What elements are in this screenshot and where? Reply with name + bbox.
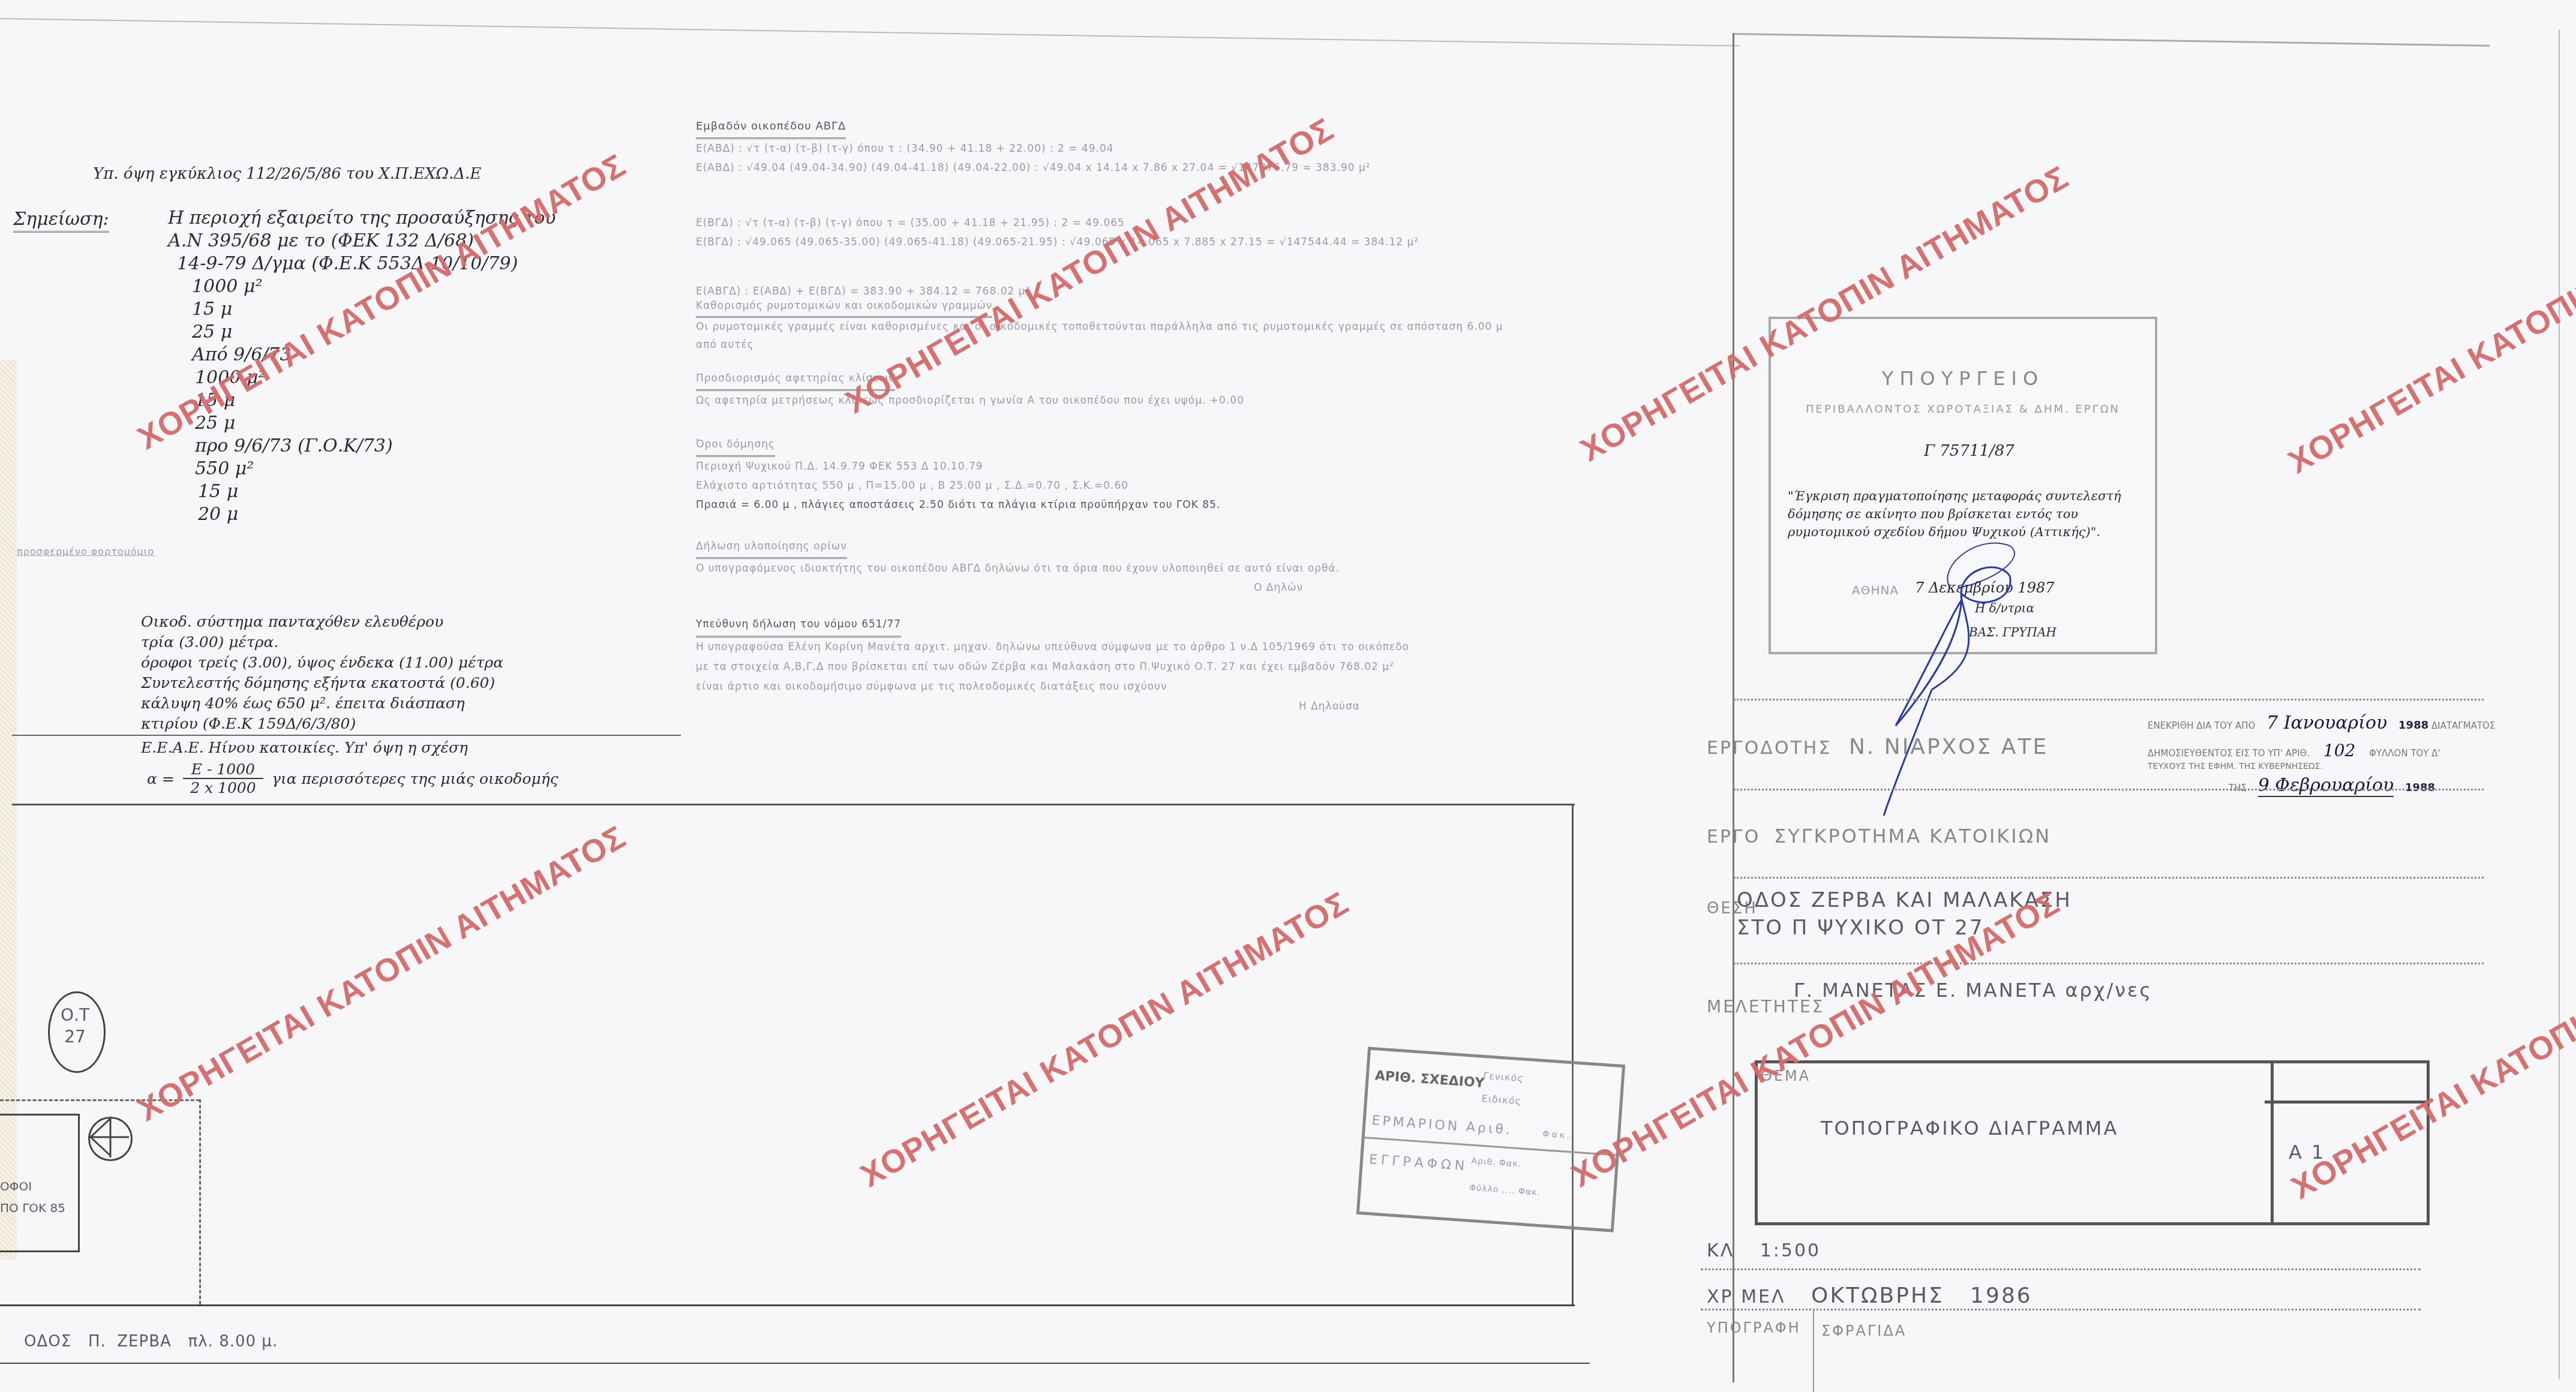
approval-line-4: ΤΗΣ 9 Φεβρουαρίου 1988 <box>2229 775 2435 796</box>
title-block-top-line <box>1734 33 2490 47</box>
subject-box <box>1755 1060 2274 1225</box>
drawing-number-stamp: ΑΡΙΘ. ΣΧΕΔΙΟΥ Γενικός Ειδικός ΕΡΜΑΡΙΟΝ Α… <box>1356 1047 1625 1232</box>
approval-gazette-year: 1988 <box>2405 781 2435 794</box>
approval-year: 1988 <box>2398 719 2428 732</box>
section-body: Ως αφετηρία μετρήσεως κλίσεως προσδιορίζ… <box>696 391 1244 410</box>
seal-label: ΣΦΡΑΓΙΔΑ <box>1821 1322 1907 1339</box>
eeae-line: Ε.Ε.Α.Ε. Ηίνου κατοικίες. Υπ' όψη η σχέσ… <box>141 739 468 756</box>
date-row: ΧΡ ΜΕΛ ΟΚΤΩΒΡΗΣ 1986 <box>1707 1283 2032 1308</box>
stamp-drawing-number: ΑΡΙΘ. ΣΧΕΔΙΟΥ <box>1374 1068 1485 1091</box>
note-line: 25 μ <box>195 412 556 435</box>
date-value: ΟΚΤΩΒΡΗΣ 1986 <box>1811 1283 2032 1308</box>
stamp-documents: ΕΓΓΡΑΦΩΝ <box>1368 1152 1469 1174</box>
section-signer: Η Δηλούσα <box>1299 697 1409 717</box>
title-separator <box>1701 1268 2421 1270</box>
note-line: 550 μ² <box>195 458 556 480</box>
existing-label-2: ΠΟ ΓΟΚ 85 <box>0 1197 65 1219</box>
project-value: ΣΥΓΚΡΟΤΗΜΑ ΚΑΤΟΙΚΙΩΝ <box>1774 825 2051 847</box>
block-label-1: Ο.Τ <box>48 1005 102 1026</box>
terms-line: Οικοδ. σύστημα πανταχόθεν ελευθέρου <box>141 612 503 632</box>
scale-label: ΚΛ <box>1707 1240 1734 1261</box>
formula-rest: για περισσότερες της μιάς οικοδομής <box>272 770 559 787</box>
top-border-line <box>0 18 1740 47</box>
approval-of: ΤΗΣ <box>2229 783 2247 793</box>
area-line: Ε(ΒΓΔ) : √τ (τ-α) (τ-β) (τ-γ) όπου τ = (… <box>696 214 1419 233</box>
area-line: Ε(ΒΓΔ) : √49.065 (49.065-35.00) (49.065-… <box>696 233 1419 252</box>
subject-value: ΤΟΠΟΓΡΑΦΙΚΟ ΔΙΑΓΡΑΜΜΑ <box>1821 1117 2118 1140</box>
approval-line-3: ΤΕΥΧΟΥΣ ΤΗΣ ΕΦΗΜ. ΤΗΣ ΚΥΒΕΡΝΗΣΕΩΣ. <box>2148 762 2323 771</box>
section-body: Οι ρυμοτομικές γραμμές είναι καθορισμένε… <box>696 318 1524 354</box>
watermark: ΧΟΡΗΓΕΙΤΑΙ ΚΑΤΟΠΙΝ ΑΙΤΗΜΑΤΟΣ <box>2282 170 2576 481</box>
notes-label-text: Σημείωση: <box>13 209 109 233</box>
scale-value: 1:500 <box>1760 1240 1821 1261</box>
section-body: με τα στοιχεία Α,Β,Γ,Δ που βρίσκεται επί… <box>696 657 1409 677</box>
approval-date: 7 Ιανουαρίου <box>2266 712 2387 733</box>
approval-post: ΔΙΑΤΑΓΜΑΤΟΣ <box>2431 720 2495 731</box>
block-number: Ο.Τ 27 <box>48 1005 102 1048</box>
approval-line-2: ΔΗΜΟΣΙΕΥΘΕΝΤΟΣ ΕΙΣ ΤΟ ΥΠ' ΑΡΙΘ. 102 ΦΥΛΛ… <box>2148 741 2440 760</box>
block-label-2: 27 <box>48 1026 102 1048</box>
stamp-cabinet-text: ΕΡΜΑΡΙΟΝ Αριθ. <box>1371 1113 1513 1138</box>
title-separator <box>1734 699 2484 700</box>
terms-line: Συντελεστής δόμησης εξήντα εκατοστά (0.6… <box>141 673 503 693</box>
section-title: Όροι δόμησης <box>696 435 775 457</box>
subject-line: δόμησης σε ακίνητο που βρίσκεται εντός τ… <box>1788 505 2121 523</box>
project-label: ΕΡΓΟ <box>1707 826 1760 847</box>
ministry-title: ΥΠΟΥΡΓΕΙΟ <box>1771 367 2155 390</box>
notes-header: Υπ. όψη εγκύκλιος 112/26/5/86 του Χ.Π.ΕΧ… <box>93 165 481 183</box>
approval-issue-number: 102 <box>2323 741 2355 760</box>
section-body: είναι άρτιο και οικοδομήσιμο σύμφωνα με … <box>696 677 1409 697</box>
stamp-specific: Ειδικός <box>1481 1093 1522 1107</box>
section-declaration: Υπεύθυνη δήλωση του νόμου 651/77 Η υπογρ… <box>696 615 1409 717</box>
note-line: 15 μ <box>198 480 556 503</box>
section-body: Περιοχή Ψυχικού Π.Δ. 14.9.79 ΦΕΚ 553 Δ 1… <box>696 457 1220 476</box>
signature-scribble <box>1860 528 2040 816</box>
subject-line: "Έγκριση πραγματοποίησης μεταφοράς συντε… <box>1788 487 2121 505</box>
note-line: 20 μ <box>198 503 556 526</box>
faint-label: προσφερμένο φορτομόμιο <box>17 546 154 557</box>
formula-numerator: Ε - 1000 <box>183 760 263 779</box>
section-terms: Όροι δόμησης Περιοχή Ψυχικού Π.Δ. 14.9.7… <box>696 435 1220 515</box>
title-separator <box>1734 789 2484 790</box>
formula-denominator: 2 x 1000 <box>190 779 256 796</box>
signature-label: ΥΠΟΓΡΑΦΗ <box>1707 1319 1801 1336</box>
street-label: ΟΔΟΣ Π. ΖΕΡΒΑ πλ. 8.00 μ. <box>24 1333 278 1351</box>
existing-label-1: ΟΦΟΙ <box>0 1175 65 1197</box>
note-line: 14-9-79 Δ/γμα (Φ.Ε.Κ 553Δ 10/10/79) <box>177 252 556 275</box>
plan-top-border <box>12 804 1575 805</box>
section-body: Η υπογραφούσα Ελένη Κορίνη Μανέτα αρχιτ.… <box>696 638 1409 657</box>
area-calc-title: Εμβαδόν οικοπέδου ΑΒΓΔ <box>696 117 846 139</box>
client-value: Ν. ΝΙΑΡΧΟΣ ΑΤΕ <box>1849 735 2048 759</box>
approval-gazette-date: 9 Φεβρουαρίου <box>2258 775 2394 797</box>
ministry-subtitle: ΠΕΡΙΒΑΛΛΟΝΤΟΣ ΧΩΡΟΤΑΞΙΑΣ & ΔΗΜ. ΕΡΓΩΝ <box>1771 403 2155 416</box>
title-separator <box>1734 963 2484 964</box>
survey-point-icon <box>88 1117 133 1161</box>
approval-sheet: ΦΥΛΛΟΝ ΤΟΥ Δ' <box>2369 748 2440 759</box>
title-block-left-border <box>1733 33 1734 1382</box>
note-line: προ 9/6/73 (Γ.Ο.Κ/73) <box>195 435 556 458</box>
watermark: ΧΟΡΗΓΕΙΤΑΙ ΚΑΤΟΠΙΝ ΑΙΤΗΜΑΤΟΣ <box>131 818 632 1129</box>
terms-line: όροφοι τρείς (3.00), ύψος ένδεκα (11.00)… <box>141 653 503 673</box>
section-title: Δήλωση υλοποίησης ορίων <box>696 537 847 559</box>
section-lines: Καθορισμός ρυμοτομικών και οικοδομικών γ… <box>696 297 1524 354</box>
sheet-divider <box>2265 1101 2427 1104</box>
area-line: Ε(ΑΒΔ) : √49.04 (49.04-34.90) (49.04-41.… <box>696 158 1419 178</box>
watermark: ΧΟΡΗΓΕΙΤΑΙ ΚΑΤΟΠΙΝ ΑΙΤΗΜΑΤΟΣ <box>854 884 1355 1195</box>
section-body: Πρασιά = 6.00 μ , πλάγιες αποστάσεις 2.5… <box>696 495 1220 515</box>
street-line-top <box>0 1304 1575 1306</box>
scale-row: ΚΛ 1:500 <box>1707 1240 1821 1261</box>
section-title: Υπεύθυνη δήλωση του νόμου 651/77 <box>696 615 901 638</box>
boundary-line-vertical <box>199 1099 201 1304</box>
section-title: Καθορισμός ρυμοτομικών και οικοδομικών γ… <box>696 297 992 318</box>
section-datum: Προσδιορισμός αφετηρίας κλίσεων Ως αφετη… <box>696 369 1244 410</box>
approval-publish: ΔΗΜΟΣΙΕΥΘΕΝΤΟΣ ΕΙΣ ΤΟ ΥΠ' ΑΡΙΘ. <box>2148 748 2310 759</box>
street-line-bottom <box>0 1363 1590 1364</box>
designers-value: Γ. ΜΑΝΕΤΑΣ Ε. ΜΑΝΕΤΑ αρχ/νες <box>1794 979 2152 1002</box>
client-label: ΕΡΓΟΔΟΤΗΣ <box>1707 738 1832 759</box>
stamp-cabinet: ΕΡΜΑΡΙΟΝ Αριθ. Φακ. <box>1371 1113 1573 1142</box>
date-label: ΧΡ ΜΕΛ <box>1707 1286 1786 1307</box>
approval-pre: ΕΝΕΚΡΙΘΗ ΔΙΑ ΤΟΥ ΑΠΟ <box>2148 720 2255 731</box>
approval-line-1: ΕΝΕΚΡΙΘΗ ΔΙΑ ΤΟΥ ΑΠΟ 7 Ιανουαρίου 1988 Δ… <box>2148 712 2495 733</box>
sign-seal-divider <box>1813 1310 1814 1392</box>
project-row: ΕΡΓΟ ΣΥΓΚΡΟΤΗΜΑ ΚΑΤΟΙΚΙΩΝ <box>1707 825 2051 847</box>
section-body: Ο υπογραφόμενος ιδιοκτήτης του οικοπέδου… <box>696 559 1340 578</box>
title-block-right-border <box>2559 30 2560 1379</box>
ministry-ref: Γ 75711/87 <box>1924 442 2014 460</box>
formula-lhs: α = <box>147 770 175 787</box>
title-separator <box>1701 1309 2421 1310</box>
terms-line: κάλυψη 40% έως 650 μ². έπειτα διάσπαση <box>141 693 503 714</box>
existing-building-label: ΟΦΟΙ ΠΟ ΓΟΚ 85 <box>0 1175 65 1219</box>
stamp-general: Γενικός <box>1483 1070 1524 1084</box>
stamp-documents-b: Φύλλο .... Φακ. <box>1469 1183 1541 1198</box>
building-terms: Οικοδ. σύστημα πανταχόθεν ελευθέρου τρία… <box>141 612 503 734</box>
terms-line: τρία (3.00) μέτρα. <box>141 632 503 653</box>
section-boundaries: Δήλωση υλοποίησης ορίων Ο υπογραφόμενος … <box>696 537 1340 597</box>
section-signer: Ο Δηλών <box>1254 578 1340 597</box>
section-body: Ελάχιστο αρτιότητας 550 μ , Π=15.00 μ , … <box>696 476 1220 495</box>
stamp-line: ΑΡΙΘ. ΣΧΕΔΙΟΥ <box>1374 1068 1485 1091</box>
stamp-documents-a: Αριθ. Φακ. <box>1471 1156 1522 1169</box>
watermark: ΧΟΡΗΓΕΙΤΑΙ ΚΑΤΟΠΙΝ ΑΙΤΗΜΑΤΟΣ <box>2285 896 2576 1207</box>
formula: α = Ε - 1000 2 x 1000 για περισσότερες τ… <box>147 760 559 796</box>
notes-label: Σημείωση: <box>13 209 109 233</box>
stamp-cabinet-folder: Φακ. <box>1542 1129 1572 1141</box>
title-separator <box>1734 877 2484 879</box>
terms-line: κτιρίου (Φ.Ε.Κ 159Δ/6/3/80) <box>141 714 503 734</box>
terms-separator <box>12 735 681 736</box>
client-row: ΕΡΓΟΔΟΤΗΣ Ν. ΝΙΑΡΧΟΣ ΑΤΕ <box>1707 735 2048 759</box>
formula-fraction: Ε - 1000 2 x 1000 <box>183 760 263 796</box>
stamp-divider <box>1365 1137 1616 1156</box>
